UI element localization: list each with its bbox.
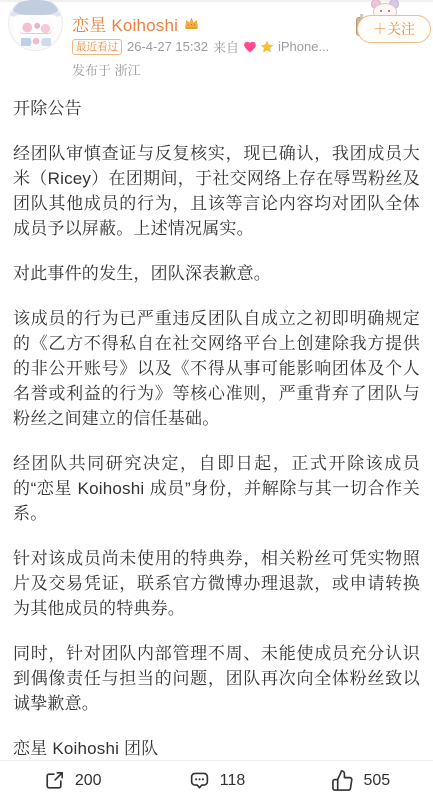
gold-star-icon xyxy=(260,40,274,54)
avatar-art xyxy=(19,22,52,34)
follow-button[interactable]: ＋关注 xyxy=(357,15,431,43)
share-button[interactable]: 200 xyxy=(0,761,144,800)
post-body: 开除公告 经团队审慎查证与反复核实，现已确认，我团成员大米（Ricey）在团期间… xyxy=(0,86,433,761)
share-count: 200 xyxy=(75,772,102,790)
post-paragraph: 对此事件的发生，团队深表歉意。 xyxy=(13,261,420,286)
share-icon xyxy=(43,769,66,792)
recently-viewed-badge: 最近看过 xyxy=(72,39,122,55)
comment-icon xyxy=(188,769,211,792)
avatar-art xyxy=(13,0,58,15)
post-paragraph: 经团队审慎查证与反复核实，现已确认，我团成员大米（Ricey）在团期间，于社交网… xyxy=(13,141,420,241)
like-count: 505 xyxy=(363,772,390,790)
post-signature: 恋星 Koihoshi 团队 xyxy=(13,736,420,761)
thumbs-up-icon xyxy=(331,769,354,792)
source-name[interactable]: iPhone... xyxy=(278,39,329,54)
post-paragraph: 同时，针对团队内部管理不周、未能使成员充分认识到偶像责任与担当的问题，团队再次向… xyxy=(13,641,420,716)
comment-button[interactable]: 118 xyxy=(144,761,288,800)
avatar-art xyxy=(21,38,51,46)
mascot-eye xyxy=(388,10,390,12)
post-header: 恋星 Koihoshi 最近看过 26-4-27 15:32 来自 iPhone… xyxy=(0,2,433,86)
follow-area: ＋关注 xyxy=(323,2,433,48)
comment-count: 118 xyxy=(220,772,246,790)
timestamp: 26-4-27 15:32 xyxy=(127,39,208,54)
source-prefix: 来自 xyxy=(213,37,239,56)
post-paragraph: 经团队共同研究决定，自即日起，正式开除该成员的“恋星 Koihoshi 成员”身… xyxy=(13,451,420,526)
post-title: 开除公告 xyxy=(13,96,420,121)
post-paragraph: 针对该成员尚未使用的特典券，相关粉丝可凭实物照片及交易凭证，联系官方微博办理退款… xyxy=(13,546,420,621)
action-bar: 200 118 505 xyxy=(0,760,433,800)
crown-icon xyxy=(183,15,200,32)
mascot-eye xyxy=(380,10,382,12)
post-paragraph: 该成员的行为已严重违反团队自成立之初即明确规定的《乙方不得私自在社交网络平台上创… xyxy=(13,306,420,431)
avatar[interactable] xyxy=(8,0,63,51)
like-button[interactable]: 505 xyxy=(289,761,433,800)
weibo-post-page: 恋星 Koihoshi 最近看过 26-4-27 15:32 来自 iPhone… xyxy=(0,0,433,800)
location: 发布于 浙江 xyxy=(72,60,421,79)
pink-heart-icon xyxy=(243,40,257,54)
username[interactable]: 恋星 Koihoshi xyxy=(72,11,178,36)
